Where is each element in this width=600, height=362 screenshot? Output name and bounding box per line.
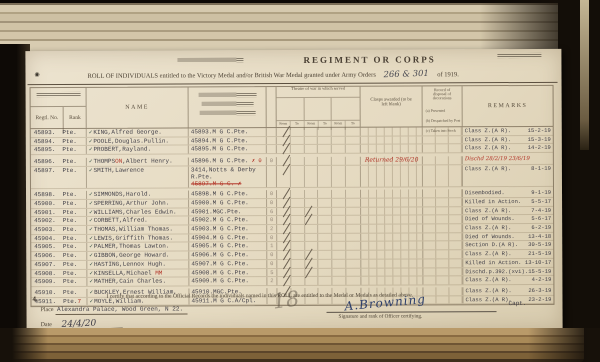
- col-header-name: NAME: [87, 87, 189, 127]
- army-orders-handwritten: 266 & 301: [384, 69, 430, 80]
- disposal-cell: [423, 156, 463, 164]
- clasps-cell: [361, 127, 423, 135]
- unit-cell: 45898.M G C.Pte.: [189, 190, 267, 198]
- clasps-cell: Returned 29/6/20: [361, 156, 423, 164]
- check-icon: ✓: [89, 191, 93, 198]
- check-icon: ✓: [89, 209, 93, 216]
- unit-cell: 45895.M G C.Pte.: [189, 145, 267, 153]
- regtl-no-rank-cell: 45893.Pte.: [31, 129, 87, 137]
- regtl-no-rank-cell: 45904.Pte.: [31, 235, 87, 243]
- check-icon: ✓: [89, 158, 93, 165]
- regiment-or-corps-heading: REGIMENT OR CORPS: [303, 54, 435, 65]
- name-cell: ✓THOMPSON,Albert Henry.: [87, 158, 189, 166]
- name-cell: ✓POOLE,Douglas.Pullin.: [87, 137, 189, 145]
- pencil-mark-cell: 0: [267, 190, 277, 198]
- unit-cell: 45903.M G C.Pte.: [189, 225, 267, 233]
- clasps-cell: [361, 268, 423, 276]
- name-cell: ✓CORBETT,Alfred.: [87, 217, 189, 225]
- place-label: Place: [41, 307, 54, 313]
- regtl-no-rank-cell: 45907.Pte.: [31, 261, 87, 269]
- unit-cell: 45907.M G C.Pte.: [189, 260, 267, 268]
- disposal-cell: [423, 276, 463, 284]
- book-edge-right: [558, 0, 600, 362]
- unit-cell: 45909.M G C.Pte.: [189, 277, 267, 285]
- remarks-cell: Class Z.(A R).6-2-19: [463, 224, 553, 232]
- clasps-cell: [361, 225, 423, 233]
- name-cell: ✓KING,Alfred George.: [87, 128, 189, 136]
- roll-row: 45909.Pte. ✓MATHER,Cain Charles. 45909.M…: [31, 276, 553, 287]
- regtl-no-rank-cell: 45911.Pte.7: [31, 298, 87, 306]
- place-value: Alexandra Palace, Wood Green, N 22.: [55, 305, 187, 315]
- clasps-cell: [361, 233, 423, 241]
- col-header-clasps: Clasps awarded (to be left blank): [361, 86, 423, 126]
- theatre-cell: [277, 165, 361, 187]
- name-cell: ✓GIBBON,George Howard.: [87, 252, 189, 260]
- theatre-cell: [277, 277, 361, 285]
- remarks-cell: Class Z.(A R).15-2-19: [463, 127, 553, 135]
- medal-roll-table: Regtl. No. Rank NAME Theatre of war in w…: [30, 85, 555, 308]
- check-icon: ✓: [89, 146, 93, 153]
- remarks-cell: Class Z.(A R).14-2-19: [463, 144, 553, 152]
- theatre-boxes: [277, 97, 360, 120]
- margin-symbol: ◉: [34, 71, 39, 78]
- remarks-cell: Killed in Action.5-5-17: [463, 198, 553, 206]
- obliterated-stamp: [201, 101, 253, 106]
- unit-cell: 45901.MGC.Pte.: [189, 208, 267, 216]
- regtl-no-rank-cell: 45898.Pte.: [31, 191, 87, 199]
- remarks-cell: Died of Wounds.13-4-18: [463, 233, 553, 241]
- table-header: Regtl. No. Rank NAME Theatre of war in w…: [30, 85, 554, 129]
- col-regtl-rank: Regtl. No. Rank: [31, 88, 87, 128]
- unit-cell: 45904.M G C.Pte.: [189, 234, 267, 242]
- regtl-no-rank-cell: 45905.Pte.: [31, 243, 87, 251]
- pencil-mark-cell: 0: [267, 260, 277, 268]
- clasps-cell: [361, 207, 423, 215]
- check-icon: ✓: [89, 252, 93, 259]
- check-icon: ✓: [89, 289, 93, 296]
- name-cell: ✓SMITH,Lawrence: [87, 166, 189, 188]
- name-cell: ✓PROBERT,Rayland.: [87, 146, 189, 154]
- check-icon: ✓: [89, 217, 93, 224]
- check-icon: ✓: [89, 269, 93, 276]
- regtl-no-rank-cell: 45910.Pte.: [31, 289, 87, 297]
- remarks-cell: Class Z.(A R).4-2-19: [463, 276, 553, 284]
- disposal-cell: [423, 207, 463, 215]
- remarks-cell: Dischd 28/2/19 23/6/19: [463, 156, 553, 164]
- officer-rank: Capt.: [508, 300, 526, 307]
- margin-mark: 4.: [32, 295, 37, 303]
- theatre-label: Theatre of war in which served: [288, 87, 348, 94]
- clasps-cell: [361, 277, 423, 285]
- regtl-no-rank-cell: 45908.Pte.: [31, 269, 87, 277]
- disposal-cell: [423, 165, 463, 187]
- roll-rows: 45893.Pte. ✓KING,Alfred George. 45893.M …: [30, 127, 555, 308]
- unit-cell: 45900.M G C.Pte.: [189, 199, 267, 207]
- pencil-mark-cell: 5: [267, 269, 277, 277]
- disposal-cell: [423, 145, 463, 153]
- pencil-mark-cell: 0: [267, 199, 277, 207]
- pencil-mark-cell: [267, 166, 277, 188]
- unit-cell: 45893.M G C.Pte.: [189, 128, 267, 136]
- clasps-cell: [361, 165, 423, 187]
- disposal-cell: [423, 136, 463, 144]
- regtl-no-rank-cell: 45896.Pte.: [31, 158, 87, 166]
- check-icon: ✓: [89, 297, 93, 304]
- disposal-cell: [423, 259, 463, 267]
- remarks-cell: Died of Wounds.5-6-17: [463, 215, 553, 223]
- disposal-cell: [423, 242, 463, 250]
- check-icon: ✓: [89, 261, 93, 268]
- disposal-cell: [423, 190, 463, 198]
- unit-cell: 45905.M G C.Pte.: [189, 243, 267, 251]
- pencil-mark-cell: 0: [267, 157, 277, 165]
- check-icon: ✓: [89, 200, 93, 207]
- pencil-mark-cell: 0: [267, 251, 277, 259]
- disposal-cell: [423, 250, 463, 258]
- check-icon: ✓: [89, 278, 93, 285]
- regtl-no-rank-cell: 45901.Pte.: [31, 209, 87, 217]
- check-icon: ✓: [89, 138, 93, 145]
- col-header-remarks: REMARKS: [463, 86, 553, 126]
- clasps-cell: [361, 136, 423, 144]
- clasps-cell: [361, 251, 423, 259]
- roll-row: 45895.Pte. ✓PROBERT,Rayland. 45895.M G C…: [31, 144, 553, 155]
- unit-cell: 45906.M G C.Pte.: [189, 251, 267, 259]
- remarks-cell: Class Z.(A R).7-4-19: [463, 207, 553, 215]
- pencil-mark-cell: 2: [267, 225, 277, 233]
- name-cell: ✓THOMAS,William Thomas.: [87, 226, 189, 234]
- check-icon: ✓: [89, 167, 93, 174]
- roll-row: 45897.Pte. ✓SMITH,Lawrence 3414,Notts & …: [31, 165, 553, 190]
- unit-cell: 45894.M G C.Pte.: [189, 137, 267, 145]
- check-icon: ✓: [89, 226, 93, 233]
- name-cell: ✓PALMER,Thomas Lawton.: [87, 243, 189, 251]
- roll-title: ROLL OF INDIVIDUALS entitled to the Vict…: [87, 69, 458, 81]
- remarks-cell: Section D.(A R).30-5-19: [463, 241, 553, 249]
- regtl-no-rank-cell: 45897.Pte.: [31, 167, 87, 189]
- unit-cell: 45896.M G C.Pte. ✗ 0: [189, 157, 267, 165]
- pencil-mark-cell: [267, 128, 277, 136]
- pencil-mark-cell: [267, 137, 277, 145]
- regtl-no-rank-cell: 45894.Pte.: [31, 138, 87, 146]
- place-line: Place Alexandra Palace, Wood Green, N 22…: [41, 305, 188, 313]
- shadow-overlay: [0, 328, 600, 362]
- regtl-no-rank-cell: 45909.Pte.: [31, 278, 87, 286]
- clasps-cell: [361, 216, 423, 224]
- name-cell: ✓HASTING,Lennox Hugh.: [87, 260, 189, 268]
- clasps-cell: [361, 259, 423, 267]
- regtl-no-rank-cell: 45900.Pte.: [31, 200, 87, 208]
- remarks-cell: Class Z.(A R).8-1-19: [463, 165, 553, 187]
- unit-cell: 3414,Notts & DerbyR.Pte.45897.M G C. ✗: [189, 166, 267, 188]
- regtl-no-rank-cell: 45895.Pte.: [31, 146, 87, 154]
- clasps-cell: [361, 242, 423, 250]
- theatre-cell: [277, 145, 361, 153]
- col-header-disposal: Record of disposal of decorations (a) Pr…: [423, 86, 463, 126]
- remarks-cell: Disembodied.9-1-19: [463, 189, 553, 197]
- disposal-cell: [423, 198, 463, 206]
- pencil-mark-cell: 2: [267, 277, 277, 285]
- pencil-mark-cell: 6: [267, 208, 277, 216]
- name-cell: ✓MATHER,Cain Charles.: [87, 278, 189, 286]
- opposite-page-sliver: [580, 0, 589, 150]
- disposal-cell: [423, 216, 463, 224]
- remarks-cell: Dischd.p.392.(xvi).15-5-19: [463, 267, 553, 275]
- regtl-no-rank-cell: 45902.Pte.: [31, 217, 87, 225]
- unit-cell: 45902.M G C.Pte.: [189, 217, 267, 225]
- obliterated-stamp: [199, 110, 255, 115]
- name-cell: ✓LEWIS,Griffith Thomas.: [87, 234, 189, 242]
- regtl-no-rank-cell: 45903.Pte.: [31, 226, 87, 234]
- pencil-mark-cell: [267, 145, 277, 153]
- disposal-cell: [423, 233, 463, 241]
- obliterated-stamp: [177, 57, 243, 62]
- regtl-no-rank-cell: 45906.Pte.: [31, 252, 87, 260]
- col-header-mark: [267, 87, 277, 127]
- signature-caption: Signature and rank of Officer certifying…: [339, 313, 423, 319]
- remarks-cell: Class Z.(A R).15-3-19: [463, 136, 553, 144]
- check-icon: ✓: [89, 129, 93, 136]
- pencil-mark-cell: 0: [267, 234, 277, 242]
- pencil-mark-cell: 1: [267, 243, 277, 251]
- name-cell: ✓SPERRING,Arthur John.: [87, 200, 189, 208]
- obliterated-stamp: [198, 92, 256, 97]
- col-header-unit-obliterated: [189, 87, 267, 127]
- name-cell: ✓KINSELLA,Michael MM: [87, 269, 189, 277]
- disposal-cell: [423, 268, 463, 276]
- roll-title-line: ◉ ROLL OF INDIVIDUALS entitled to the Vi…: [25, 68, 561, 82]
- clasps-cell: [361, 145, 423, 153]
- obliterated-stamp: [497, 53, 541, 58]
- roll-title-text: ROLL OF INDIVIDUALS entitled to the Vict…: [87, 72, 375, 80]
- remarks-cell: Class Z.(A R).21-5-19: [463, 250, 553, 258]
- photographed-ledger: REGIMENT OR CORPS ◉ ROLL OF INDIVIDUALS …: [0, 0, 600, 362]
- pencil-page-mark: 18: [271, 286, 301, 313]
- unit-cell: 45908.M G C.Pte.: [189, 269, 267, 277]
- obliterated-stamp: [36, 92, 80, 97]
- ledger-page: REGIMENT OR CORPS ◉ ROLL OF INDIVIDUALS …: [25, 49, 562, 331]
- page-header: REGIMENT OR CORPS: [25, 53, 555, 68]
- roll-title-year: of 1919.: [437, 71, 459, 78]
- check-icon: ✓: [89, 243, 93, 250]
- check-icon: ✓: [89, 235, 93, 242]
- disposal-cell: [423, 224, 463, 232]
- name-cell: ✓WILLIAMS,Charles Edwin.: [87, 208, 189, 216]
- name-cell: ✓SIMMONDS,Harold.: [87, 191, 189, 199]
- remarks-cell: Killed in Action.13-10-17: [463, 259, 553, 267]
- clasps-cell: [361, 198, 423, 206]
- disposal-cell: [423, 127, 463, 135]
- pencil-mark-cell: 0: [267, 216, 277, 224]
- col-header-theatre: Theatre of war in which served FromTo Fr…: [277, 87, 361, 127]
- clasps-cell: [361, 190, 423, 198]
